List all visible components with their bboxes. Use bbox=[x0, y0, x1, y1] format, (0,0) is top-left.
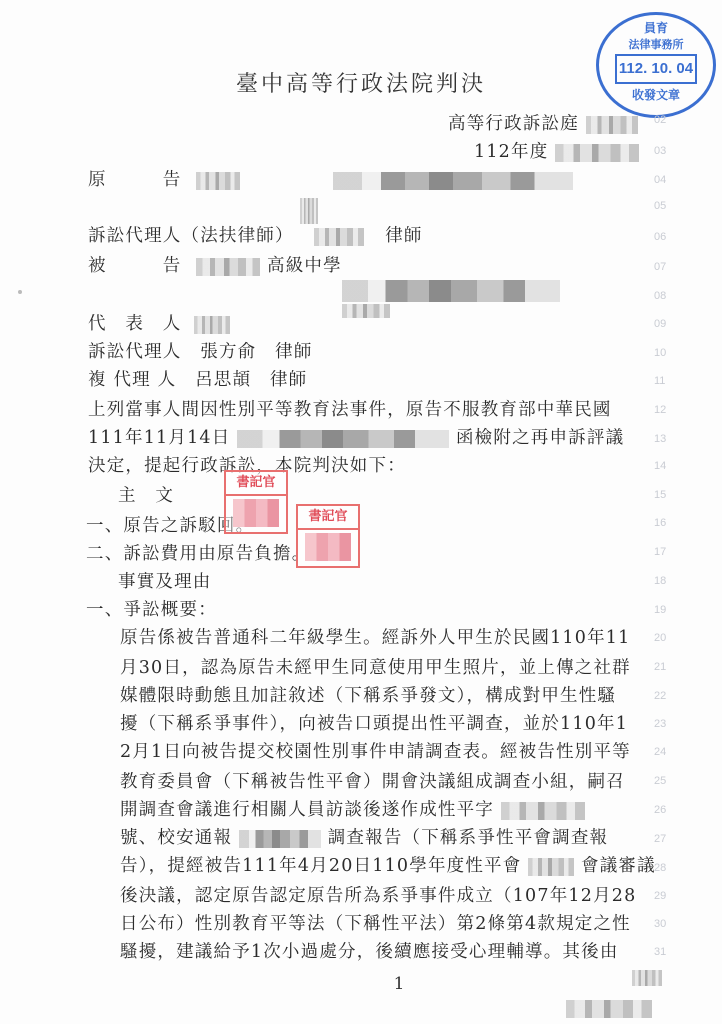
intro-date: 111年11月14日 bbox=[88, 428, 230, 448]
facts-line-28: 告），提經被告111年4月20日110學年度性平會 會議審議 bbox=[120, 852, 656, 877]
representative-label: 代 表 人 bbox=[88, 314, 182, 334]
facts-line-25: 教育委員會（下稱被告性平會）開會決議組成調查小組，嗣召 bbox=[120, 768, 625, 793]
document-title: 臺中高等行政法院判決 bbox=[0, 67, 722, 98]
facts-line-22: 媒體限時動態且加註敘述（下稱系爭發文），構成對甲生性騷 bbox=[120, 682, 616, 707]
redacted-block bbox=[333, 172, 573, 190]
redacted-block bbox=[239, 830, 321, 848]
defendant-row: 被 告 高級中學 bbox=[88, 252, 342, 277]
facts-line-23: 擾（下稱系爭事件），向被告口頭提出性平調查，並於110年1 bbox=[120, 710, 628, 735]
facts-line-26: 開調查會議進行相關人員訪談後遂作成性平字 bbox=[120, 796, 585, 821]
facts-line-21: 月30日，認為原告未經甲生同意使用甲生照片，並上傳之社群 bbox=[120, 654, 631, 679]
facts-line28-prefix: 告），提經被告111年4月20日110學年度性平會 bbox=[120, 856, 521, 876]
line-number: 04 bbox=[654, 174, 666, 186]
intro-line-13: 111年11月14日 函檢附之再申訴評議 bbox=[88, 424, 624, 449]
judgment-page: 員育 法律事務所 112. 10. 04 收發文章 臺中高等行政法院判決 高等行… bbox=[0, 0, 722, 1024]
line-number: 08 bbox=[654, 290, 666, 302]
redacted-block bbox=[586, 116, 638, 134]
line-number: 24 bbox=[654, 746, 666, 758]
clerk-stamp-label: 書記官 bbox=[298, 506, 358, 530]
line-number: 12 bbox=[654, 404, 666, 416]
representative-row: 代 表 人 bbox=[88, 310, 230, 335]
line-number: 30 bbox=[654, 918, 666, 930]
line-number: 29 bbox=[654, 890, 666, 902]
redacted-block bbox=[528, 858, 574, 876]
facts-line-30: 日公布）性別教育平等法（下稱性平法）第2條第4款規定之性 bbox=[120, 910, 631, 935]
line-number: 26 bbox=[654, 804, 666, 816]
line-number: 25 bbox=[654, 775, 666, 787]
plaintiff-label: 原 告 bbox=[88, 170, 182, 190]
sub-attorney-label: 複 代理 人 bbox=[88, 370, 176, 390]
main-text-item-2: 二、訴訟費用由原告負擔。 bbox=[86, 540, 310, 565]
line-number: 18 bbox=[654, 575, 666, 587]
plaintiff-attorney-row: 訴訟代理人（法扶律師） 律師 bbox=[88, 222, 423, 247]
line-number: 11 bbox=[654, 375, 665, 387]
line-number: 27 bbox=[654, 833, 666, 845]
sub-attorney-suffix: 律師 bbox=[270, 370, 307, 390]
line-number: 02 bbox=[654, 114, 666, 126]
intro-line13-suffix: 函檢附之再申訴評議 bbox=[456, 428, 624, 448]
plaintiff-row: 原 告 bbox=[88, 166, 573, 191]
redacted-block bbox=[196, 172, 240, 190]
line-number: 23 bbox=[654, 718, 666, 730]
line-number: 15 bbox=[654, 489, 666, 501]
line-number: 13 bbox=[654, 433, 666, 445]
facts-line26-text: 開調查會議進行相關人員訪談後遂作成性平字 bbox=[120, 800, 494, 820]
redacted-block bbox=[196, 258, 260, 276]
sub-attorney-name: 呂思頡 bbox=[195, 370, 251, 390]
redacted-block bbox=[300, 198, 318, 224]
court-division: 高等行政訴訟庭 bbox=[448, 110, 638, 135]
facts-line27-suffix: 調查報告（下稱系爭性平會調查報 bbox=[328, 828, 609, 848]
defendant-attorney-row: 訴訟代理人 張方俞 律師 bbox=[88, 338, 313, 363]
line-number: 05 bbox=[654, 200, 666, 212]
margin-mark bbox=[18, 290, 22, 294]
defendant-label: 被 告 bbox=[88, 256, 182, 276]
line-number: 06 bbox=[654, 231, 666, 243]
facts-line-31: 騷擾，建議給予1次小過處分，後續應接受心理輔導。其後由 bbox=[120, 938, 619, 963]
redacted-block bbox=[555, 144, 639, 162]
facts-line28-suffix: 會議審議 bbox=[581, 856, 656, 876]
redacted-block bbox=[237, 430, 449, 448]
stamp-firm-line2: 法律事務所 bbox=[599, 36, 713, 52]
line-number: 31 bbox=[654, 946, 666, 958]
case-year: 112年度 bbox=[474, 142, 548, 162]
facts-heading: 事實及理由 bbox=[118, 568, 212, 593]
defendant-attorney-name: 張方俞 bbox=[200, 342, 256, 362]
line-number: 10 bbox=[654, 347, 666, 359]
redacted-block bbox=[194, 316, 230, 334]
facts-line-27: 號、校安通報 調查報告（下稱系爭性平會調查報 bbox=[120, 824, 608, 849]
line-number: 28 bbox=[654, 862, 666, 874]
plaintiff-attorney-label: 訴訟代理人（法扶律師） bbox=[88, 226, 294, 246]
defendant-suffix: 高級中學 bbox=[267, 256, 342, 276]
redacted-seal bbox=[233, 499, 279, 527]
redacted-block bbox=[342, 304, 390, 318]
receipt-stamp: 員育 法律事務所 112. 10. 04 收發文章 bbox=[596, 12, 716, 118]
line-number: 21 bbox=[654, 661, 666, 673]
main-text-heading: 主 文 bbox=[118, 482, 174, 507]
line-number: 07 bbox=[654, 261, 666, 273]
line-number: 14 bbox=[654, 460, 666, 472]
facts-line-29: 後決議，認定原告認定原告所為系爭事件成立（107年12月28 bbox=[120, 882, 636, 907]
clerk-stamp-2: 書記官 bbox=[296, 504, 360, 568]
facts-line-20: 原告係被告普通科二年級學生。經訴外人甲生於民國110年11 bbox=[120, 624, 630, 649]
redacted-address bbox=[342, 280, 560, 302]
facts-line-24: 2月1日向被告提交校園性別事件申請調查表。經被告性別平等 bbox=[120, 738, 631, 763]
facts-line27-prefix: 號、校安通報 bbox=[120, 828, 232, 848]
stamp-firm-line1: 員育 bbox=[599, 19, 713, 36]
line-number: 19 bbox=[654, 604, 666, 616]
defendant-attorney-suffix: 律師 bbox=[275, 342, 312, 362]
redacted-footer bbox=[566, 1000, 652, 1018]
plaintiff-attorney-suffix: 律師 bbox=[385, 226, 422, 246]
redacted-block bbox=[314, 228, 364, 246]
redacted-footer bbox=[632, 970, 662, 986]
line-number: 03 bbox=[654, 145, 666, 157]
redacted-seal bbox=[305, 533, 351, 561]
page-number: 1 bbox=[0, 974, 722, 994]
redacted-block bbox=[501, 802, 585, 820]
line-number: 09 bbox=[654, 318, 666, 330]
defendant-attorney-label: 訴訟代理人 bbox=[88, 342, 182, 362]
intro-line-12: 上列當事人間因性別平等教育法事件，原告不服教育部中華民國 bbox=[88, 396, 612, 421]
facts-section-1: 一、爭訟概要： bbox=[86, 596, 217, 621]
line-number: 20 bbox=[654, 632, 666, 644]
line-number: 16 bbox=[654, 517, 666, 529]
clerk-stamp-1: 書記官 bbox=[224, 470, 288, 534]
line-number: 22 bbox=[654, 690, 666, 702]
sub-attorney-row: 複 代理 人 呂思頡 律師 bbox=[88, 366, 307, 391]
line-number: 17 bbox=[654, 546, 666, 558]
clerk-stamp-label: 書記官 bbox=[226, 472, 286, 496]
court-division-text: 高等行政訴訟庭 bbox=[448, 114, 579, 134]
case-number: 112年度 bbox=[474, 138, 639, 163]
